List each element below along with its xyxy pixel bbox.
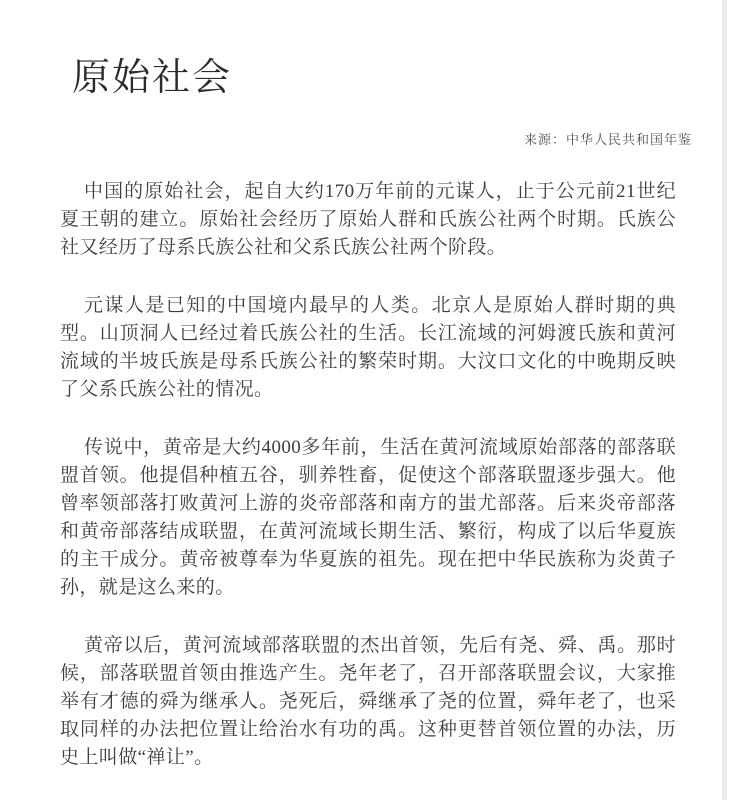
paragraph-2: 元谋人是已知的中国境内最早的人类。北京人是原始人群时期的典型。山顶洞人已经过着氏… (60, 292, 676, 404)
paragraph-1: 中国的原始社会，起自大约170万年前的元谋人，止于公元前21世纪夏王朝的建立。原… (60, 178, 676, 262)
page-edge-line (722, 0, 727, 800)
source-attribution: 来源：中华人民共和国年鉴 (60, 129, 692, 148)
document-page: 原始社会 来源：中华人民共和国年鉴 中国的原始社会，起自大约170万年前的元谋人… (0, 0, 733, 800)
paragraph-4: 黄帝以后，黄河流域部落联盟的杰出首领，先后有尧、舜、禹。那时候，部落联盟首领由推… (60, 632, 676, 772)
document-body: 中国的原始社会，起自大约170万年前的元谋人，止于公元前21世纪夏王朝的建立。原… (60, 178, 676, 772)
page-title: 原始社会 (72, 55, 676, 103)
paragraph-3: 传说中，黄帝是大约4000多年前，生活在黄河流域原始部落的部落联盟首领。他提倡种… (60, 434, 676, 602)
